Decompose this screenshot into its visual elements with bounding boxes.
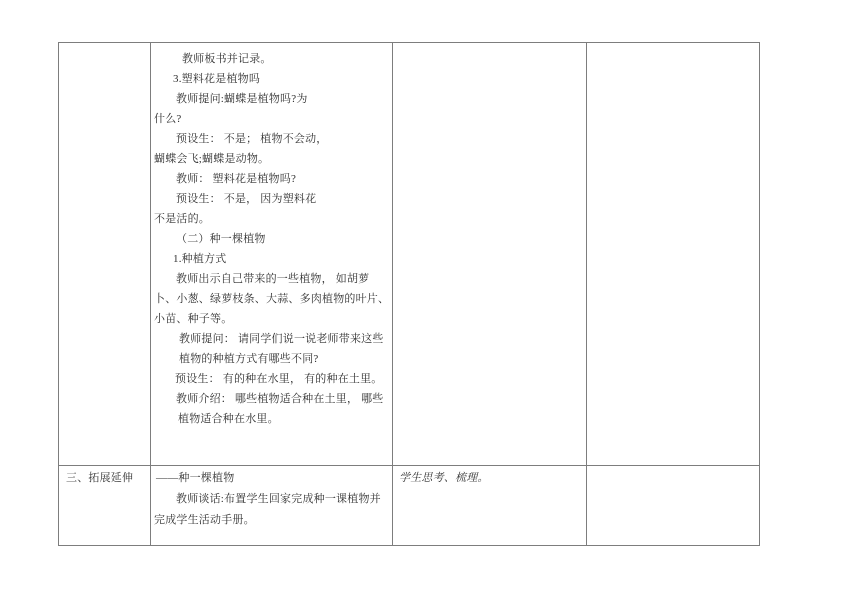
text-line: ——种一棵植物 [154,468,392,489]
stage-extension-cell: 三、拓展延伸 [59,466,151,545]
text-line: 预设生： 不是， 因为塑料花 [154,189,392,209]
design-intent-extension-cell [587,466,759,545]
table-row-extension: 三、拓展延伸 ——种一棵植物教师谈话:布置学生回家完成种一课植物并完成学生活动手… [59,466,759,545]
text-line: 教师出示自己带来的一些植物， 如胡萝 [154,269,392,289]
teaching-process-cell: 教师板书并记录。3.塑料花是植物吗教师提问:蝴蝶是植物吗?为什么?预设生： 不是… [151,43,393,465]
text-line: 植物适合种在水里。 [154,409,392,429]
text-line: 1.种植方式 [154,249,392,269]
extension-content-cell: ——种一棵植物教师谈话:布置学生回家完成种一课植物并完成学生活动手册。 [151,466,393,545]
table-row-teaching-process: 教师板书并记录。3.塑料花是植物吗教师提问:蝴蝶是植物吗?为什么?预设生： 不是… [59,43,759,466]
text-line: 植物的种植方式有哪些不同? [154,349,392,369]
design-intent-cell [587,43,759,465]
text-line: 蝴蝶会飞;蝴蝶是动物。 [154,149,392,169]
text-line: 教师谈话:布置学生回家完成种一课植物并 [154,489,392,510]
text-line: 什么? [154,109,392,129]
text-line: 教师提问:蝴蝶是植物吗?为 [154,89,392,109]
text-line: 教师板书并记录。 [154,49,392,69]
text-line: 不是活的。 [154,209,392,229]
student-activity-cell [393,43,587,465]
text-line: 教师提问： 请同学们说一说老师带来这些 [154,329,392,349]
text-line: 教师介绍： 哪些植物适合种在土里， 哪些 [154,389,392,409]
text-line: 教师： 塑料花是植物吗? [154,169,392,189]
student-activity-extension-cell: 学生思考、梳理。 [393,466,587,545]
text-line: 卜、小葱、绿萝枝条、大蒜、多肉植物的叶片、 [154,289,392,309]
text-line: 完成学生活动手册。 [154,510,392,531]
text-line: 小苗、种子等。 [154,309,392,329]
lesson-plan-table: 教师板书并记录。3.塑料花是植物吗教师提问:蝴蝶是植物吗?为什么?预设生： 不是… [58,42,760,546]
document-page: 教师板书并记录。3.塑料花是植物吗教师提问:蝴蝶是植物吗?为什么?预设生： 不是… [0,0,860,608]
text-line: 3.塑料花是植物吗 [154,69,392,89]
text-line: 预设生： 不是； 植物不会动， [154,129,392,149]
text-line: （二）种一棵植物 [154,229,392,249]
text-line: 预设生： 有的种在水里， 有的种在土里。 [154,369,392,389]
text-line: 三、拓展延伸 [66,468,150,489]
text-line: 学生思考、梳理。 [399,468,586,489]
stage-cell [59,43,151,465]
